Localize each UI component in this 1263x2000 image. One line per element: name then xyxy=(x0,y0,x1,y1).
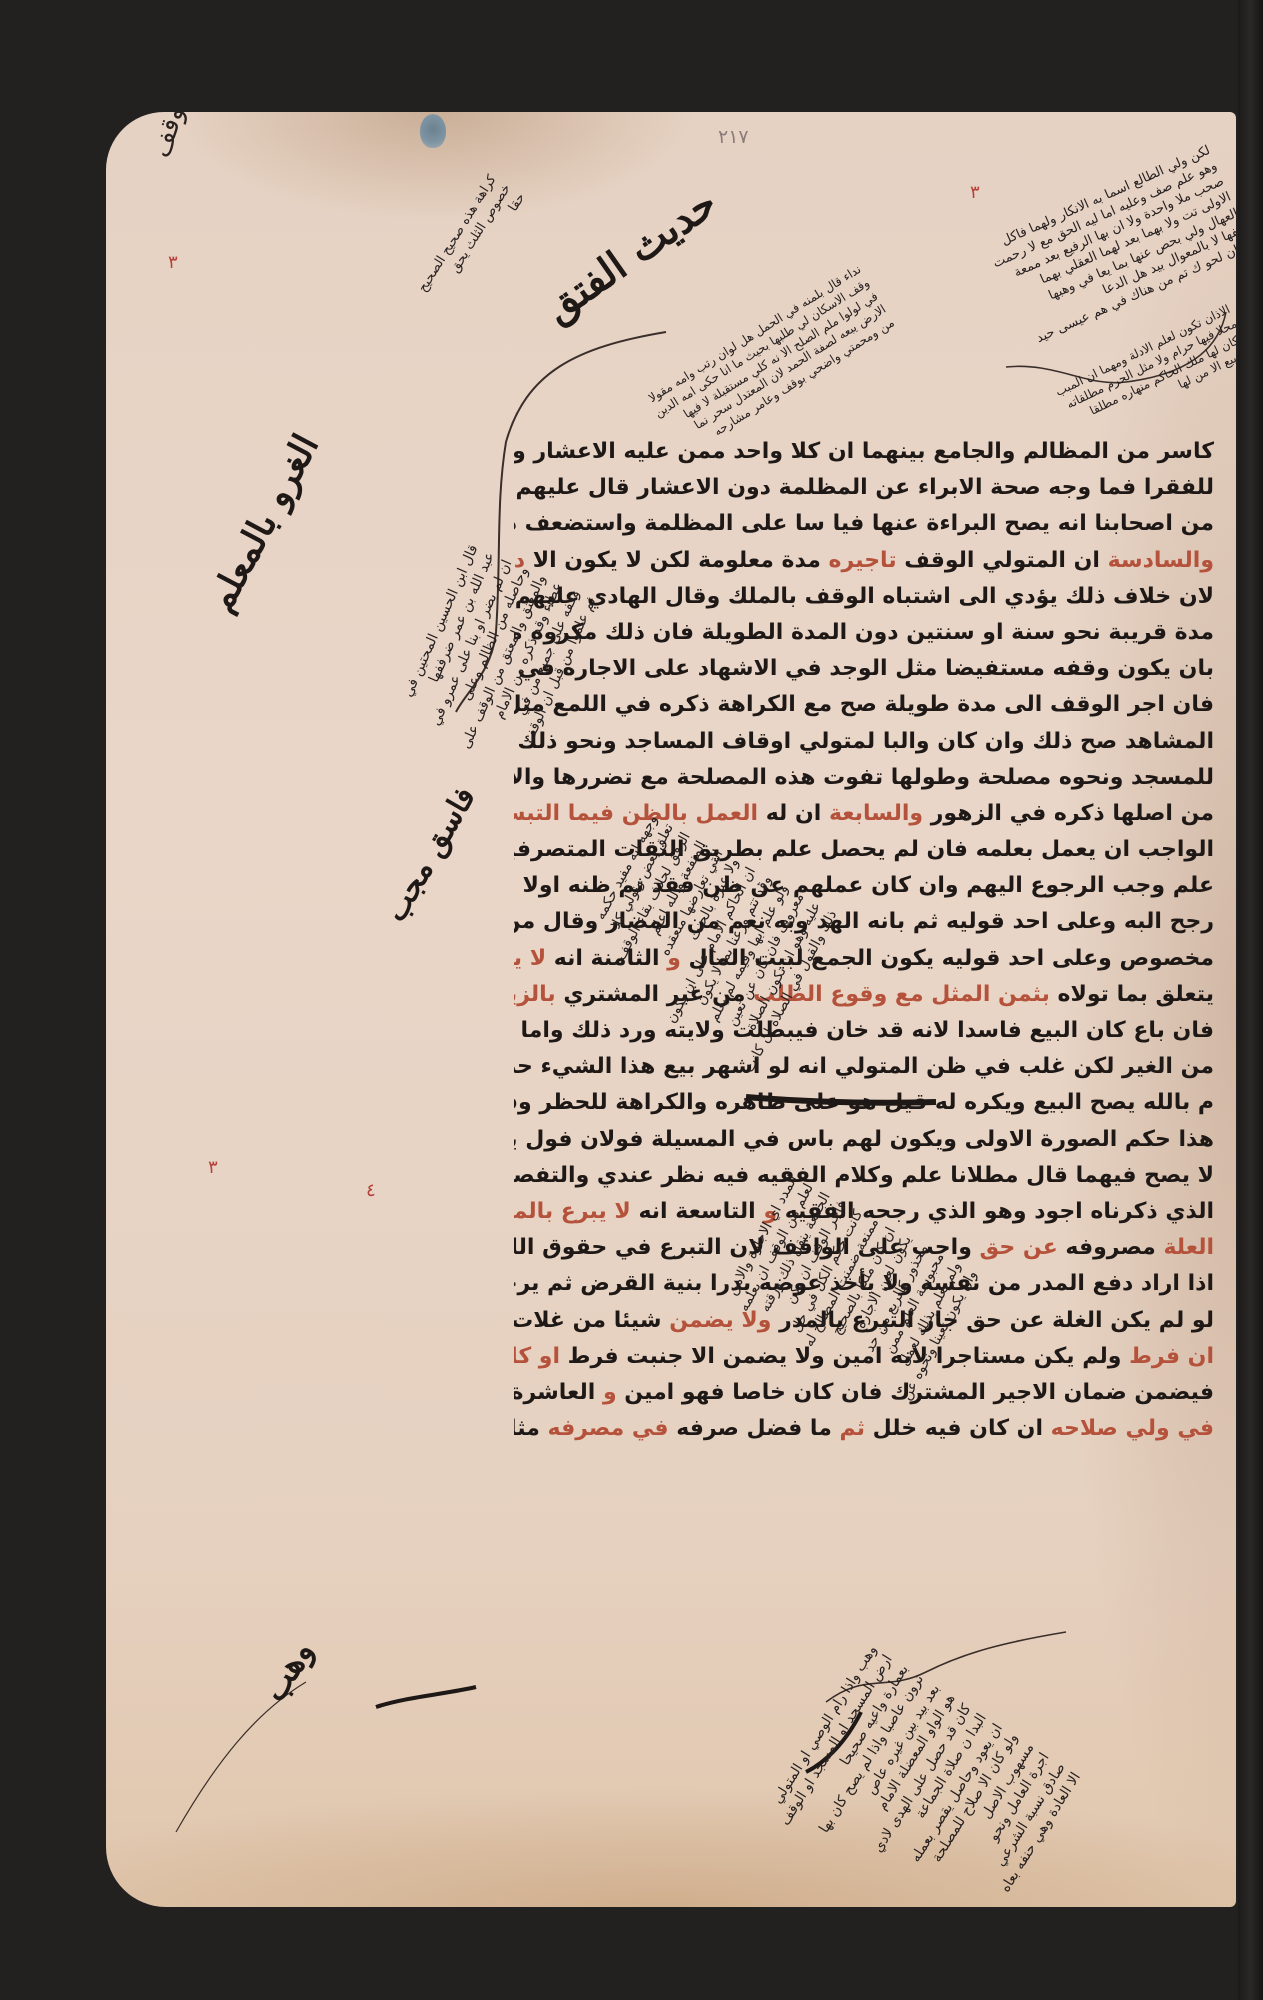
rubric-mark: ٣ xyxy=(208,1157,218,1178)
rubric-text: ان فرط xyxy=(1129,1344,1214,1369)
rubric-mark: ٣ xyxy=(970,182,980,203)
body-text: بان يكون وقفه مستفيضا مثل الوجد في الاشه… xyxy=(514,656,1214,681)
text-line: لان خلاف ذلك يؤدي الى اشتباه الوقف بالمل… xyxy=(514,579,1214,615)
body-text: لان خلاف ذلك يؤدي الى اشتباه الوقف بالمل… xyxy=(514,584,1214,609)
body-text: الواجب ان يعمل بعلمه فان لم يحصل علم بطر… xyxy=(514,837,1214,862)
text-line: من اصحابنا انه يصح البراءة عنها فيا سا ع… xyxy=(514,506,1214,542)
text-line: فان اجر الوقف الى مدة طويلة صح مع الكراه… xyxy=(514,687,1214,723)
body-text: قال مطلانا علم xyxy=(894,1163,1068,1188)
rubric-text: و xyxy=(595,1380,616,1405)
rubric-mark: ٣ xyxy=(168,252,178,273)
rubric-text: تاجيره xyxy=(821,548,897,573)
body-text: لا يصح فيهما xyxy=(1068,1163,1214,1188)
text-line: مدة قريبة نحو سنة او سنتين دون المدة الط… xyxy=(514,615,1214,651)
body-text: ان له xyxy=(758,801,821,826)
body-text: المشاهد صح ذلك وان كان والبا لمتولي اوقا… xyxy=(514,729,1214,754)
body-text: مدة معلومة لكن لا يكون الا xyxy=(525,548,821,573)
text-line: بان يكون وقفه مستفيضا مثل الوجد في الاشه… xyxy=(514,651,1214,687)
rubric-text: لا يبيع xyxy=(514,946,546,971)
body-text: فان اجر الوقف الى مدة طويلة صح مع الكراه… xyxy=(514,692,1214,717)
rubric-text: والسابعة xyxy=(821,801,923,826)
body-text: مدة قريبة نحو سنة او سنتين دون المدة الط… xyxy=(514,620,1214,645)
rubric-text: في ولي صلاحه xyxy=(1051,1416,1214,1441)
rubric-text: عن حق xyxy=(980,1235,1058,1260)
text-line: المشاهد صح ذلك وان كان والبا لمتولي اوقا… xyxy=(514,724,1214,760)
body-text: مثال ذلك دار موقوفة xyxy=(514,1416,547,1441)
text-line: من اصلها ذكره في الزهور والسابعة ان له ا… xyxy=(514,796,1214,832)
body-text: للمسجد ونحوه مصلحة وطولها تفوت هذه المصل… xyxy=(514,765,1214,790)
rubric-text: العمل بالظن فيما التبس مصرفه xyxy=(514,801,758,826)
body-text: العاشرة انه يجب ان xyxy=(514,1380,595,1405)
body-text: من اصحابنا انه يصح البراءة عنها فيا سا ع… xyxy=(514,511,1214,536)
rubric-text: العلة xyxy=(1163,1235,1214,1260)
body-text: من اصلها ذكره في الزهور xyxy=(923,801,1214,826)
body-text: ان المتولي الوقف xyxy=(897,548,1100,573)
body-text: مصروفه xyxy=(1058,1235,1164,1260)
text-line: والسادسة ان المتولي الوقف تاجيره مدة معل… xyxy=(514,543,1214,579)
manuscript-page: ٢١٧ الوقف حديث الفتق الغرو بالمعلم فاسق … xyxy=(106,112,1236,1907)
rubric-mark: ٤ xyxy=(366,1180,376,1201)
text-line: للمسجد ونحوه مصلحة وطولها تفوت هذه المصل… xyxy=(514,760,1214,796)
backdrop-edge xyxy=(1238,0,1263,2000)
rubric-text: والسادسة xyxy=(1100,548,1214,573)
body-text: يتعلق بما تولاه xyxy=(1050,982,1214,1007)
